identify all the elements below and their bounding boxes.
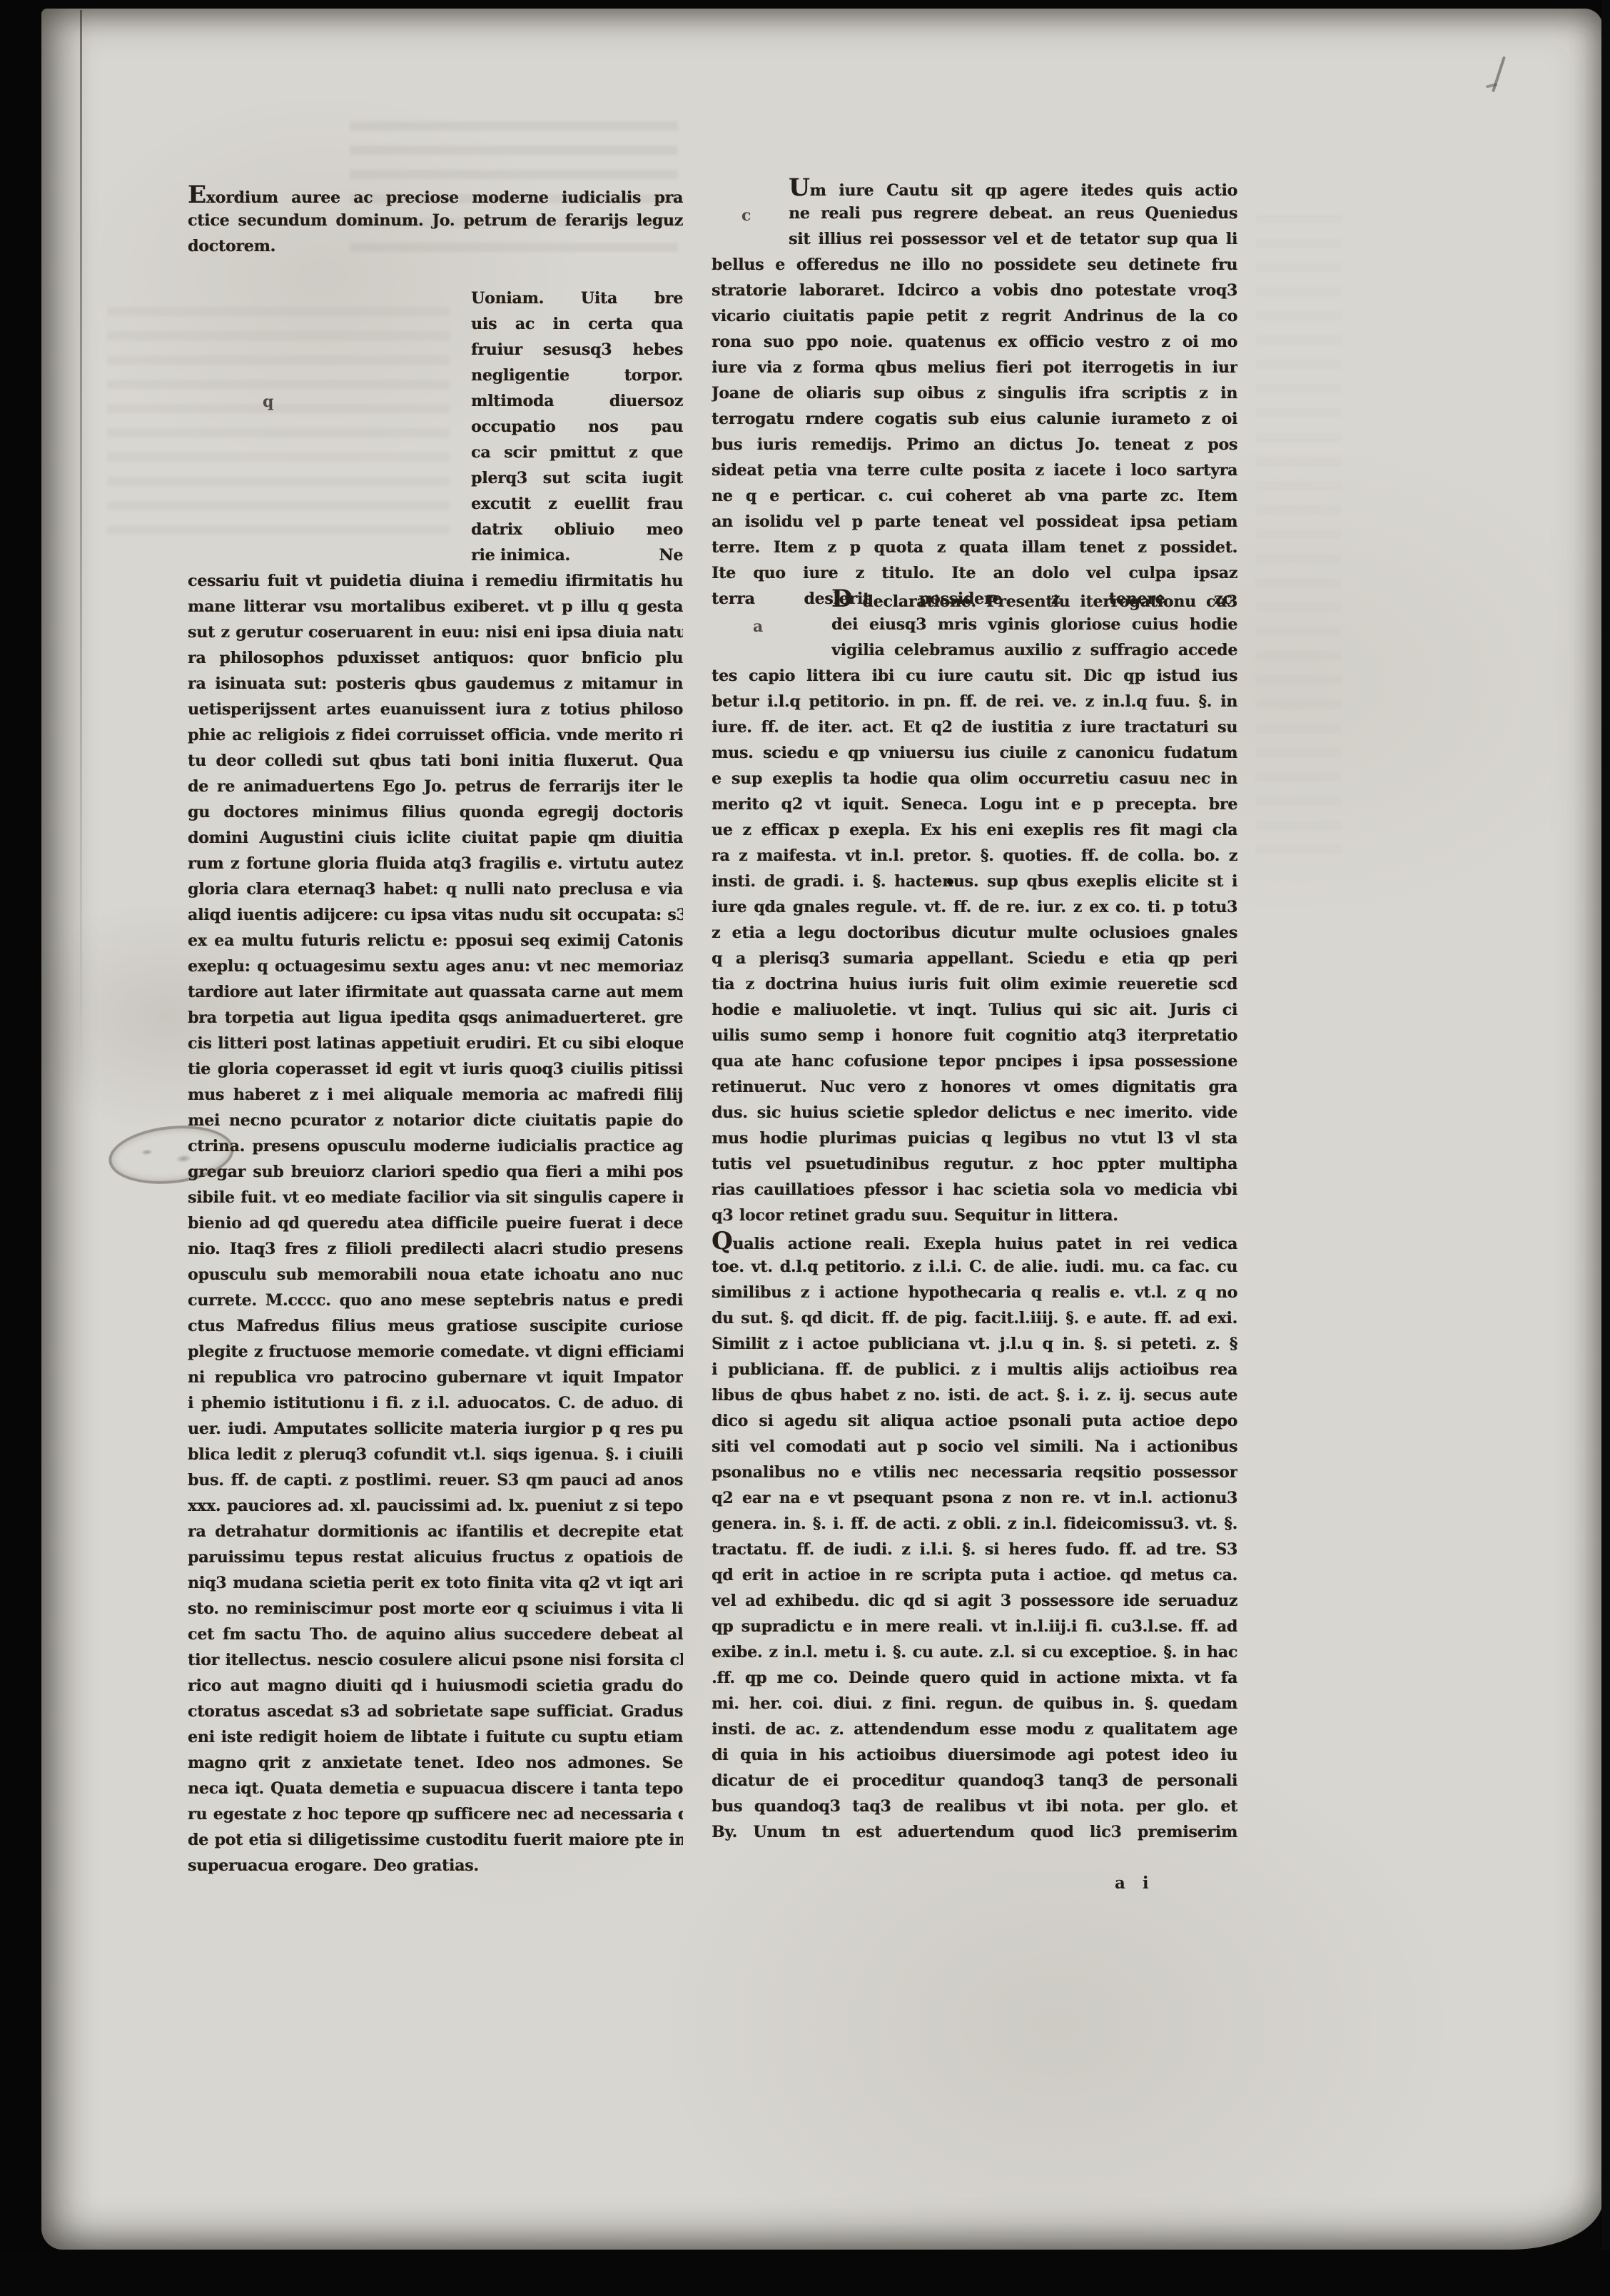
text-line: gu doctores minimus filius quonda egregi… (188, 799, 683, 825)
text-line: Exordium auree ac preciose moderne iudic… (188, 182, 683, 208)
col2-body-b: tes capio littera ibi cu iure cautu sit.… (712, 663, 1237, 1228)
text-line: retinuerut. Nuc vero z honores vt omes d… (712, 1074, 1237, 1100)
text-line: q2 ear na e vt psequant psona z non re. … (712, 1485, 1237, 1511)
text-line: currete. M.cccc. quo ano mese septebris … (188, 1288, 683, 1313)
text-line: rico aut magno diuiti qd i huiusmodi sci… (188, 1673, 683, 1699)
col2-body-a: bellus e offeredus ne illo no possidete … (712, 252, 1237, 612)
text-line: e sup exeplis ta hodie qua olim occurret… (712, 766, 1237, 792)
guide-letter-c: c (741, 206, 751, 225)
text-line: bus quandoq3 taq3 de realibus vt ibi not… (712, 1794, 1237, 1819)
text-line: uilis sumo semp i honore fuit cognitio a… (712, 1023, 1237, 1048)
text-line: qua ate hanc cofusione tepor pncipes i i… (712, 1048, 1237, 1074)
text-line: negligentie torpor. (471, 363, 683, 388)
right-column: c Um iure Cautu sit qp agere itedes quis… (712, 175, 1237, 1845)
text-line: z etia a legu doctoribus dicutur multe o… (712, 920, 1237, 946)
text-line: excutit z euellit frau (471, 491, 683, 517)
text-line: tu deor colledi sut qbus tati boni initi… (188, 748, 683, 774)
text-line: gregar sub breuiorz clariori spedio qua … (188, 1159, 683, 1185)
ink-blot (947, 879, 953, 885)
text-line: tior itellectus. nescio cosulere alicui … (188, 1647, 683, 1673)
text-line: ctoratus ascedat s3 ad sobrietate sape s… (188, 1699, 683, 1724)
text-line: dei eiusq3 mris vginis gloriose cuius ho… (831, 612, 1237, 637)
text-line: tutis vel psuetudinibus regutur. z hoc p… (712, 1151, 1237, 1177)
text-line: .ff. qp me co. Deinde quero quid in acti… (712, 1665, 1237, 1691)
text-line: sideat petia vna terre culte posita z ia… (712, 457, 1237, 483)
text-line: similibus z i actione hypothecaria q rea… (712, 1280, 1237, 1305)
text-line: terrogatu rndere cogatis sub eius caluni… (712, 406, 1237, 432)
text-line: libus de qbus habet z no. isti. de act. … (712, 1382, 1237, 1408)
text-line: sit illius rei possessor vel et de tetat… (789, 226, 1237, 252)
text-line: mus haberet z i mei aliquale memoria ac … (188, 1082, 683, 1108)
text-line: dico si agedu sit aliqua actioe psonali … (712, 1408, 1237, 1434)
text-line: iure via z forma qbus melius fieri pot i… (712, 355, 1237, 380)
text-line: bienio ad qd queredu atea difficile puei… (188, 1210, 683, 1236)
text-line: sut z gerutur coseruarent in euu: nisi e… (188, 619, 683, 645)
text-line: di quia in his actioibus diuersimode agi… (712, 1742, 1237, 1768)
text-line: genera. in. §. i. ff. de acti. z obli. z… (712, 1511, 1237, 1537)
incipit-heading: Exordium auree ac preciose moderne iudic… (188, 182, 683, 259)
text-line: exibe. z in.l. metu i. §. cu aute. z.l. … (712, 1639, 1237, 1665)
text-line: rias cauillatioes pfessor i hac scietia … (712, 1177, 1237, 1203)
text-line: tes capio littera ibi cu iure cautu sit.… (712, 663, 1237, 689)
page-gutter-shadow (80, 10, 82, 1081)
text-line: rona suo ppo noie. quatenus ex officio v… (712, 329, 1237, 355)
text-line: plerq3 sut scita iugit (471, 465, 683, 491)
text-line: bus iuris remedijs. Primo an dictus Jo. … (712, 432, 1237, 457)
text-line: occupatio nos pau (471, 414, 683, 440)
scanned-book-page: Exordium auree ac preciose moderne iudic… (0, 0, 1610, 2296)
col1-body-text: cessariu fuit vt puidetia diuina i remed… (188, 568, 683, 1878)
scan-border-right (1601, 0, 1610, 2296)
text-line: ex ea multu futuris relictu e: pposui se… (188, 928, 683, 954)
text-line: sto. no reminiscimur post morte eor q sc… (188, 1596, 683, 1622)
text-line: rum z fortune gloria fluida atq3 fragili… (188, 851, 683, 876)
text-line: ca scir pmittut z que (471, 440, 683, 465)
text-line: de re animaduertens Ego Jo. petrus de fe… (188, 774, 683, 799)
col2-opening-block: c Um iure Cautu sit qp agere itedes quis… (712, 175, 1237, 252)
intro-last-catch: Ne (659, 542, 683, 568)
text-line: ue z efficax p exepla. Ex his eni exepli… (712, 817, 1237, 843)
text-line: tardiore aut later ifirmitate aut quassa… (188, 979, 683, 1005)
text-line: magno qrit z anxietate tenet. Ideo nos a… (188, 1750, 683, 1776)
text-line: mltimoda diuersoz (471, 388, 683, 414)
text-line: Um iure Cautu sit qp agere itedes quis a… (789, 175, 1237, 201)
text-line: ru egestate z hoc tepore qp sufficere ne… (188, 1801, 683, 1827)
left-column: Exordium auree ac preciose moderne iudic… (188, 182, 683, 1878)
text-line: ctice secundum dominum. Jo. petrum de fe… (188, 208, 683, 233)
text-line: stratorie laboraret. Idcirco a vobis dno… (712, 278, 1237, 303)
text-line: D declaratione. Presentiu iterrogationu … (831, 586, 1237, 612)
text-line: sibile fuit. vt eo mediate facilior via … (188, 1185, 683, 1210)
text-line: siti vel comodati aut p socio vel simili… (712, 1434, 1237, 1460)
text-line: iure qda gnales regule. vt. ff. de re. i… (712, 894, 1237, 920)
text-line: ni republica vro patrocino gubernare vt … (188, 1365, 683, 1390)
text-line: Ite quo iure z titulo. Ite an dolo vel c… (712, 560, 1237, 586)
text-line: mus hodie plurimas puicias q legibus no … (712, 1126, 1237, 1151)
text-line: ra z maifesta. vt in.l. pretor. §. quoti… (712, 843, 1237, 869)
text-line: insti. de gradi. i. §. hactenus. sup qbu… (712, 869, 1237, 894)
text-line: terre. Item z p quota z quata illam tene… (712, 535, 1237, 560)
col2-section-block: a D declaratione. Presentiu iterrogation… (712, 586, 1237, 663)
text-line: exeplu: q octuagesimu sextu ages anu: vt… (188, 954, 683, 979)
intro-last-left: rie inimica. (471, 542, 570, 568)
text-line: an isolidu vel p parte teneat vel possid… (712, 509, 1237, 535)
text-line: toe. vt. d.l.q petitorio. z i.l.i. C. de… (712, 1254, 1237, 1280)
text-line: eni iste redigit hoiem de libtate i fuit… (188, 1724, 683, 1750)
text-line: dus. sic huius scietie spledor delictus … (712, 1100, 1237, 1126)
text-line: Joane de oliaris sup oibus z singulis if… (712, 380, 1237, 406)
text-line: superuacua erogare. Deo gratias. (188, 1853, 683, 1878)
text-line: opusculu sub memorabili noua etate ichoa… (188, 1262, 683, 1288)
text-line: bus. ff. de capti. z postlimi. reuer. S3… (188, 1467, 683, 1493)
text-line: plegite z fructuose memorie comedate. vt… (188, 1339, 683, 1365)
text-line: i publiciana. ff. de publici. z i multis… (712, 1357, 1237, 1382)
spacer (188, 259, 683, 285)
text-line: cessariu fuit vt puidetia diuina i remed… (188, 568, 683, 594)
text-line: merito q2 vt iquit. Seneca. Logu int e p… (712, 792, 1237, 817)
col2-body-c: Qualis actione reali. Exepla huius patet… (712, 1228, 1237, 1845)
col2-opening-lines: Um iure Cautu sit qp agere itedes quis a… (789, 175, 1237, 252)
text-line: paruissimu tepus restat alicuius fructus… (188, 1544, 683, 1570)
text-line: uis ac in certa qua (471, 311, 683, 337)
text-line: ctus Mafredus filius meus gratiose susci… (188, 1313, 683, 1339)
text-line: ctrina. presens opusculu moderne iudicia… (188, 1133, 683, 1159)
text-line: vicario ciuitatis papie petit z regrit A… (712, 303, 1237, 329)
col1-intro-last-line: rie inimica. Ne (188, 542, 683, 568)
text-line: phie ac religiois z fidei corruisset off… (188, 722, 683, 748)
text-line: nio. Itaq3 fres z filioli predilecti ala… (188, 1236, 683, 1262)
text-line: Uoniam. Uita bre (471, 285, 683, 311)
text-line: qd erit in actioe in re scripta puta i a… (712, 1562, 1237, 1588)
text-line: dicatur de ei proceditur quandoq3 tanq3 … (712, 1768, 1237, 1794)
text-line: mane litterar vsu mortalibus exiberet. v… (188, 594, 683, 619)
text-line: mi. her. coi. diui. z fini. regun. de qu… (712, 1691, 1237, 1716)
text-line: ne q e perticar. c. cui coheret ab vna p… (712, 483, 1237, 509)
quire-signature: a i (1115, 1873, 1155, 1893)
text-line: vel ad exhibedu. dic qd si agit 3 posses… (712, 1588, 1237, 1614)
col1-intro-lines: Uoniam. Uita breuis ac in certa quafruiu… (471, 285, 683, 542)
scan-border-left (0, 0, 41, 2296)
text-line: bra torpetia aut ligua ipedita qsqs anim… (188, 1005, 683, 1031)
text-line: Qualis actione reali. Exepla huius patet… (712, 1228, 1237, 1254)
text-line: fruiur sesusq3 hebes (471, 337, 683, 363)
text-line: By. Unum tn est aduertendum quod lic3 pr… (712, 1819, 1237, 1845)
scan-border-bottom (0, 2250, 1610, 2296)
text-line: insti. de ac. z. attendendum esse modu z… (712, 1716, 1237, 1742)
text-line: gloria clara eternaq3 habet: q nulli nat… (188, 876, 683, 902)
text-line: uer. iudi. Amputates sollicite materia i… (188, 1416, 683, 1442)
text-line: blica ledit z pleruq3 cofundit vt.l. siq… (188, 1442, 683, 1467)
text-line: vigilia celebramus auxilio z suffragio a… (831, 637, 1237, 663)
text-line: ra detrahatur dormitionis ac ifantilis e… (188, 1519, 683, 1544)
text-line: psonalibus no e vtilis nec necessaria re… (712, 1460, 1237, 1485)
text-line: Similit z i actoe publiciana vt. j.l.u q… (712, 1331, 1237, 1357)
text-line: de pot etia si diligetissime custoditu f… (188, 1827, 683, 1853)
text-line: mei necno pcurator z notarior dicte ciui… (188, 1108, 683, 1133)
col2-section-lines: D declaratione. Presentiu iterrogationu … (831, 586, 1237, 663)
text-line: bellus e offeredus ne illo no possidete … (712, 252, 1237, 278)
text-line: hodie e maliuoletie. vt inqt. Tulius qui… (712, 997, 1237, 1023)
text-line: cis litteri post latinas appetiuit erudi… (188, 1031, 683, 1056)
text-line: du sut. §. qd dicit. ff. de pig. facit.l… (712, 1305, 1237, 1331)
text-line: domini Augustini ciuis iclite ciuitat pa… (188, 825, 683, 851)
text-line: betur i.l.q petitorio. in pn. ff. de rei… (712, 689, 1237, 714)
text-line: i phemio istitutionu i fi. z i.l. aduoca… (188, 1390, 683, 1416)
text-line: cet fm sactu Tho. de aquino alius succed… (188, 1622, 683, 1647)
text-line: ra philosophos pduxisset antiquos: quor … (188, 645, 683, 671)
guide-letter-q: q (263, 393, 273, 411)
text-line: aliqd iuentis adijcere: cu ipsa vitas nu… (188, 902, 683, 928)
text-line: datrix obliuio meo (471, 517, 683, 542)
text-line: q a plerisq3 sumaria appellant. Sciedu e… (712, 946, 1237, 971)
text-line: iure. ff. de iter. act. Et q2 de iustiti… (712, 714, 1237, 740)
text-line: ne reali pus regrere debeat. an reus Que… (789, 201, 1237, 226)
text-line: tractatu. ff. de iudi. z i.l.i. §. si he… (712, 1537, 1237, 1562)
text-line: niq3 mudana scietia perit ex toto finita… (188, 1570, 683, 1596)
text-line: tie gloria coperasset id egit vt iuris q… (188, 1056, 683, 1082)
text-line: neca iqt. Quata demetia e supuacua disce… (188, 1776, 683, 1801)
text-line: mus. sciedu e qp vniuersu ius ciuile z c… (712, 740, 1237, 766)
col1-intro-block: q Uoniam. Uita breuis ac in certa quafru… (188, 285, 683, 568)
text-line: q3 locor retinet gradu suu. Sequitur in … (712, 1203, 1237, 1228)
text-line: ra isinuata sut: posteris qbus gaudemus … (188, 671, 683, 697)
guide-letter-a: a (753, 617, 763, 636)
text-line: uetisperijssent artes euanuissent iura z… (188, 697, 683, 722)
text-line: xxx. pauciores ad. xl. paucissimi ad. lx… (188, 1493, 683, 1519)
text-line: tia z doctrina huius iuris fuit olim exi… (712, 971, 1237, 997)
text-line: qp supradictu e in mere reali. vt in.l.i… (712, 1614, 1237, 1639)
text-line: doctorem. (188, 233, 683, 259)
